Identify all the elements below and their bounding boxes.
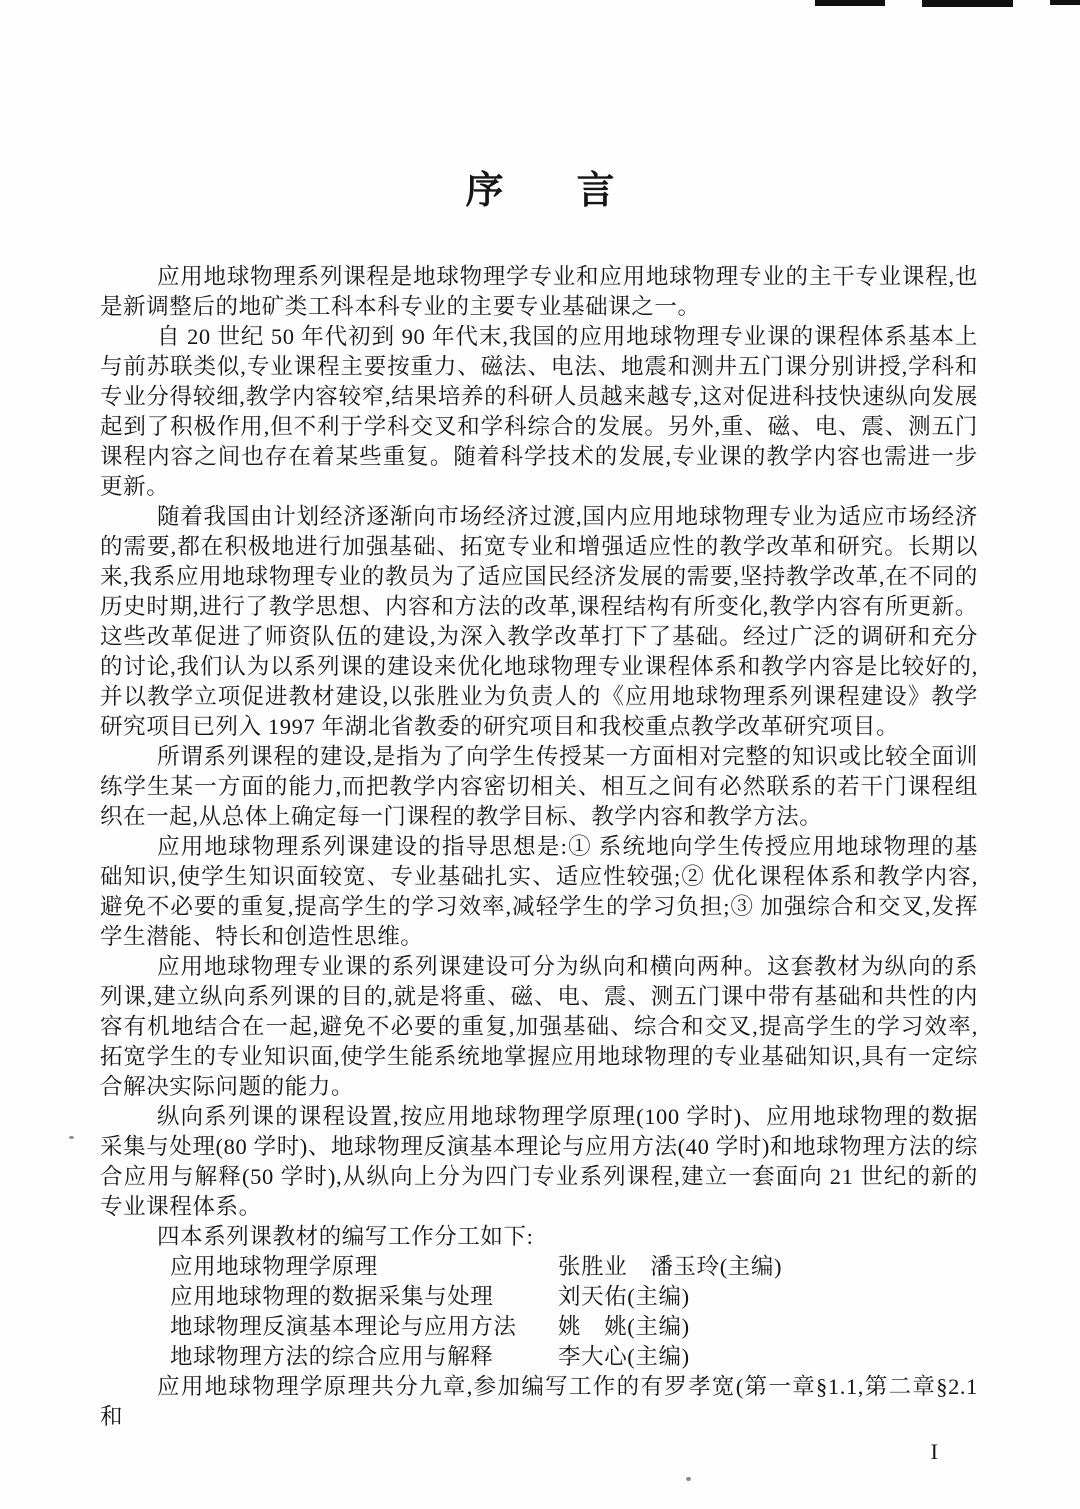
book-title: 应用地球物理学原理 (170, 1252, 558, 1282)
book-title: 地球物理反演基本理论与应用方法 (170, 1312, 558, 1342)
scan-speck (69, 1136, 74, 1139)
closing-paragraph: 应用地球物理学原理共分九章,参加编写工作的有罗孝宽(第一章§1.1,第二章§2.… (100, 1372, 978, 1432)
page-number: I (0, 1439, 1080, 1465)
book-title: 应用地球物理的数据采集与处理 (170, 1282, 558, 1312)
paragraph: 应用地球物理系列课建设的指导思想是:① 系统地向学生传授应用地球物理的基础知识,… (100, 832, 978, 952)
assignment-row: 地球物理反演基本理论与应用方法 姚 姚(主编) (100, 1312, 978, 1342)
book-editors: 姚 姚(主编) (558, 1312, 978, 1342)
paragraph: 应用地球物理专业课的系列课建设可分为纵向和横向两种。这套教材为纵向的系列课,建立… (100, 952, 978, 1102)
paragraph: 随着我国由计划经济逐渐向市场经济过渡,国内应用地球物理专业为适应市场经济的需要,… (100, 502, 978, 742)
book-title: 地球物理方法的综合应用与解释 (170, 1342, 558, 1372)
assignment-row: 地球物理方法的综合应用与解释 李大心(主编) (100, 1342, 978, 1372)
scanned-book-page: 序言 应用地球物理系列课程是地球物理学专业和应用地球物理专业的主干专业课程,也是… (0, 0, 1080, 1509)
book-editors: 张胜业 潘玉玲(主编) (558, 1252, 978, 1282)
book-editors: 李大心(主编) (558, 1342, 978, 1372)
assignment-intro: 四本系列课教材的编写工作分工如下: (100, 1222, 978, 1252)
book-editors: 刘天佑(主编) (558, 1282, 978, 1312)
paragraph: 所谓系列课程的建设,是指为了向学生传授某一方面相对完整的知识或比较全面训练学生某… (100, 742, 978, 832)
preface-body: 应用地球物理系列课程是地球物理学专业和应用地球物理专业的主干专业课程,也是新调整… (100, 262, 978, 1432)
page-title: 序言 (0, 0, 1080, 210)
scan-artifact-bar (815, 0, 885, 6)
paragraph: 纵向系列课的课程设置,按应用地球物理学原理(100 学时)、应用地球物理的数据采… (100, 1102, 978, 1222)
paragraph: 应用地球物理系列课程是地球物理学专业和应用地球物理专业的主干专业课程,也是新调整… (100, 262, 978, 322)
paragraph: 自 20 世纪 50 年代初到 90 年代末,我国的应用地球物理专业课的课程体系… (100, 322, 978, 502)
scan-artifact-bar (922, 0, 1013, 7)
assignment-row: 应用地球物理学原理 张胜业 潘玉玲(主编) (100, 1252, 978, 1282)
assignment-row: 应用地球物理的数据采集与处理 刘天佑(主编) (100, 1282, 978, 1312)
scan-speck (686, 1477, 691, 1481)
scan-artifact-bar (1050, 0, 1080, 5)
